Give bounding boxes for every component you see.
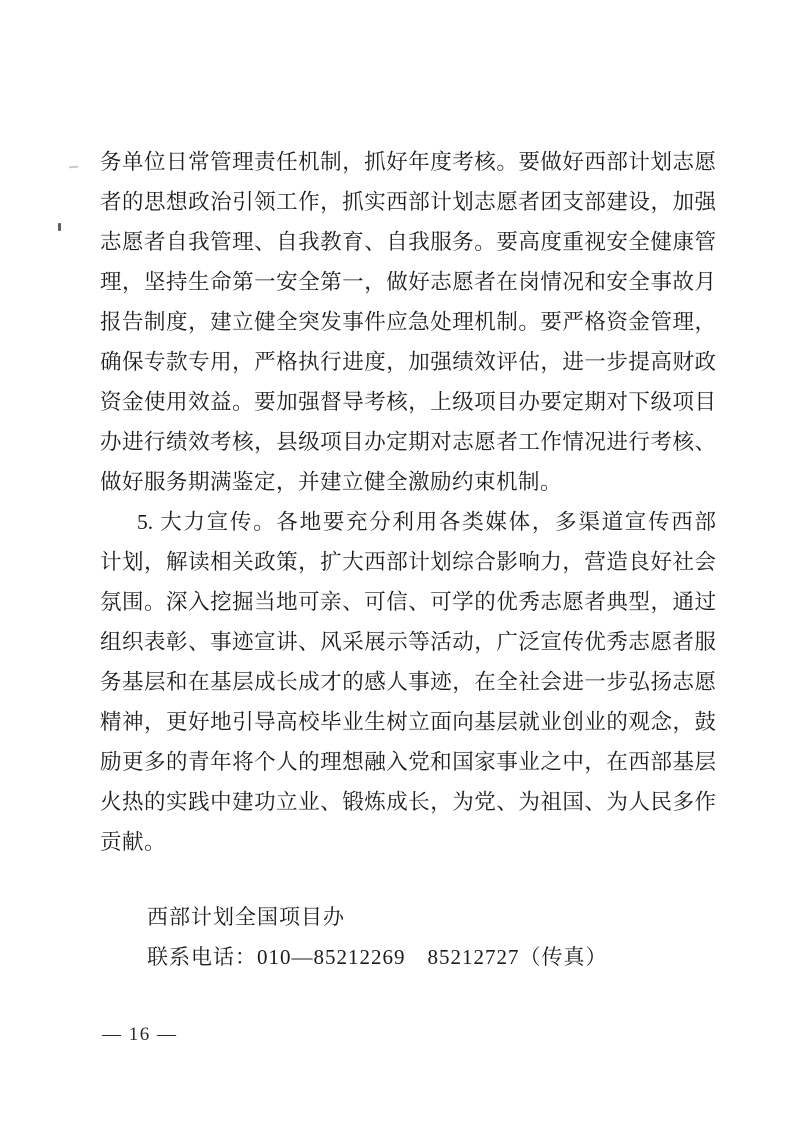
text-line: 办进行绩效考核，县级项目办定期对志愿者工作情况进行考核、 — [100, 422, 716, 462]
text-line: 理，坚持生命第一安全第一，做好志愿者在岗情况和安全事故月 — [100, 262, 716, 302]
text-line: 资金使用效益。要加强督导考核，上级项目办要定期对下级项目 — [100, 382, 716, 422]
text-line: 励更多的青年将个人的理想融入党和国家事业之中，在西部基层 — [100, 742, 716, 782]
text-line: 报告制度，建立健全突发事件应急处理机制。要严格资金管理， — [100, 302, 716, 342]
text-line: 务单位日常管理责任机制，抓好年度考核。要做好西部计划志愿 — [100, 142, 716, 182]
text-line: 精神，更好地引导高校毕业生树立面向基层就业创业的观念，鼓 — [100, 702, 716, 742]
document-page: 务单位日常管理责任机制，抓好年度考核。要做好西部计划志愿 者的思想政治引领工作，… — [0, 0, 794, 1124]
signature-org: 西部计划全国项目办 — [147, 897, 608, 937]
text-line: 志愿者自我管理、自我教育、自我服务。要高度重视安全健康管 — [100, 222, 716, 262]
text-line: 务基层和在基层成长成才的感人事迹，在全社会进一步弘扬志愿 — [100, 662, 716, 702]
page-number: — 16 — — [102, 1022, 178, 1048]
text-line: 做好服务期满鉴定，并建立健全激励约束机制。 — [100, 462, 716, 502]
scan-artifact-dash — [69, 166, 78, 168]
text-line: 贡献。 — [100, 822, 716, 862]
text-line: 计划，解读相关政策，扩大西部计划综合影响力，营造良好社会 — [100, 542, 716, 582]
text-line: 组织表彰、事迹宣讲、风采展示等活动，广泛宣传优秀志愿者服 — [100, 622, 716, 662]
text-line: 火热的实践中建功立业、锻炼成长，为党、为祖国、为人民多作 — [100, 782, 716, 822]
document-body: 务单位日常管理责任机制，抓好年度考核。要做好西部计划志愿 者的思想政治引领工作，… — [100, 142, 716, 862]
signature-block: 西部计划全国项目办 联系电话：010—85212269 85212727（传真） — [147, 897, 608, 977]
text-line: 确保专款专用，严格执行进度，加强绩效评估，进一步提高财政 — [100, 342, 716, 382]
text-line-item-5: 5. 大力宣传。各地要充分利用各类媒体，多渠道宣传西部 — [100, 502, 716, 542]
contact-phone: 联系电话：010—85212269 85212727（传真） — [147, 937, 608, 977]
text-line: 氛围。深入挖掘当地可亲、可信、可学的优秀志愿者典型，通过 — [100, 582, 716, 622]
text-line: 者的思想政治引领工作，抓实西部计划志愿者团支部建设，加强 — [100, 182, 716, 222]
scan-artifact-speck — [58, 223, 61, 231]
